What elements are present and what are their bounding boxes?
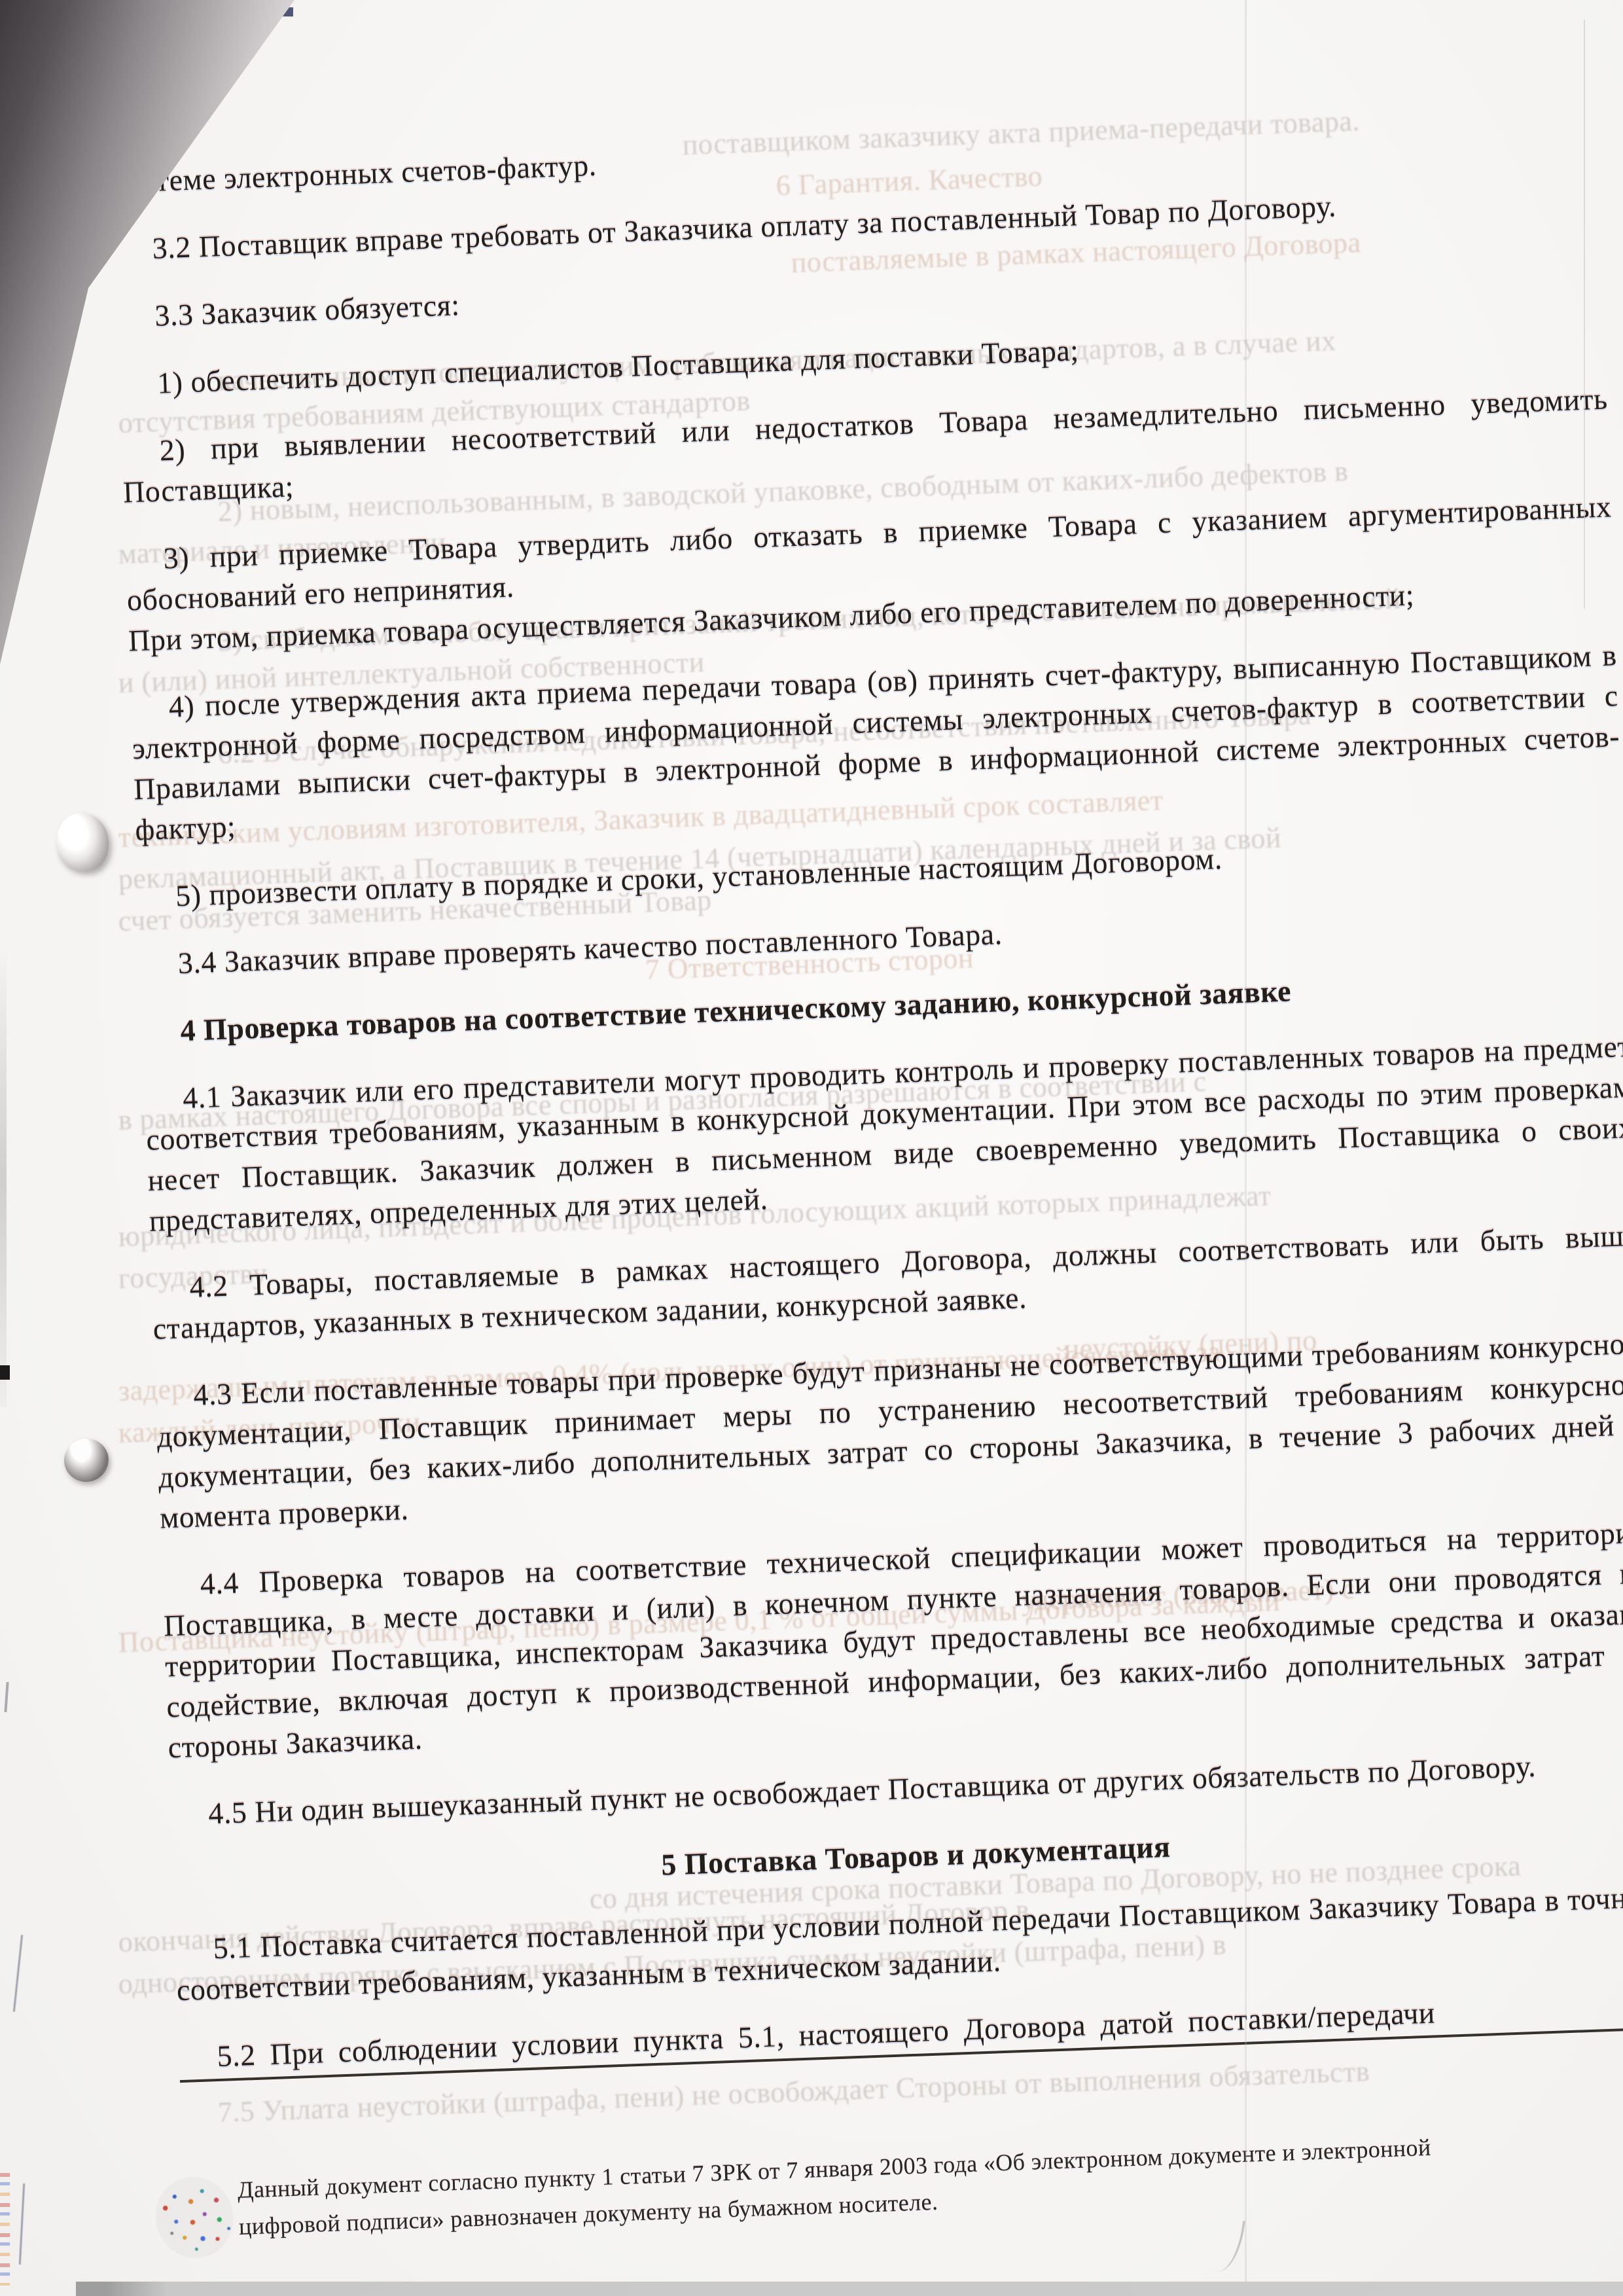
contract-text-block: системе электронных счетов-фактур.3.2 По… <box>111 109 1623 2083</box>
clause-4-1: 4.1 Заказчик или его представители могут… <box>144 1026 1623 1242</box>
clause-3-3-item-4: 4) после утверждения акта приема передач… <box>130 635 1622 850</box>
scanner-bottom-edge-bar <box>76 2282 1623 2296</box>
left-edge-color-noise <box>0 2173 10 2286</box>
clause-4-2: 4.2 Товары, поставляемые в рамках настоя… <box>151 1215 1623 1350</box>
clause-5-1: 5.1 Поставка считается поставленной при … <box>175 1876 1623 2011</box>
scanner-vertical-streak <box>1245 0 1247 2296</box>
clause-4-3: 4.3 Если поставленные товары при проверк… <box>154 1323 1623 1539</box>
contract-body: системе электронных счетов-фактур.3.2 По… <box>111 109 1623 2083</box>
left-edge-streak <box>0 949 7 1407</box>
scanned-contract-page: поставщиком заказчику акта приема-переда… <box>0 0 1623 2296</box>
left-edge-mark <box>0 1365 10 1380</box>
clause-3-3-item-2: 2) при выявлении несоответствий или недо… <box>121 378 1610 512</box>
right-edge-line <box>1584 20 1585 609</box>
clause-4-4: 4.4 Проверка товаров на соответствие тех… <box>162 1512 1623 1768</box>
